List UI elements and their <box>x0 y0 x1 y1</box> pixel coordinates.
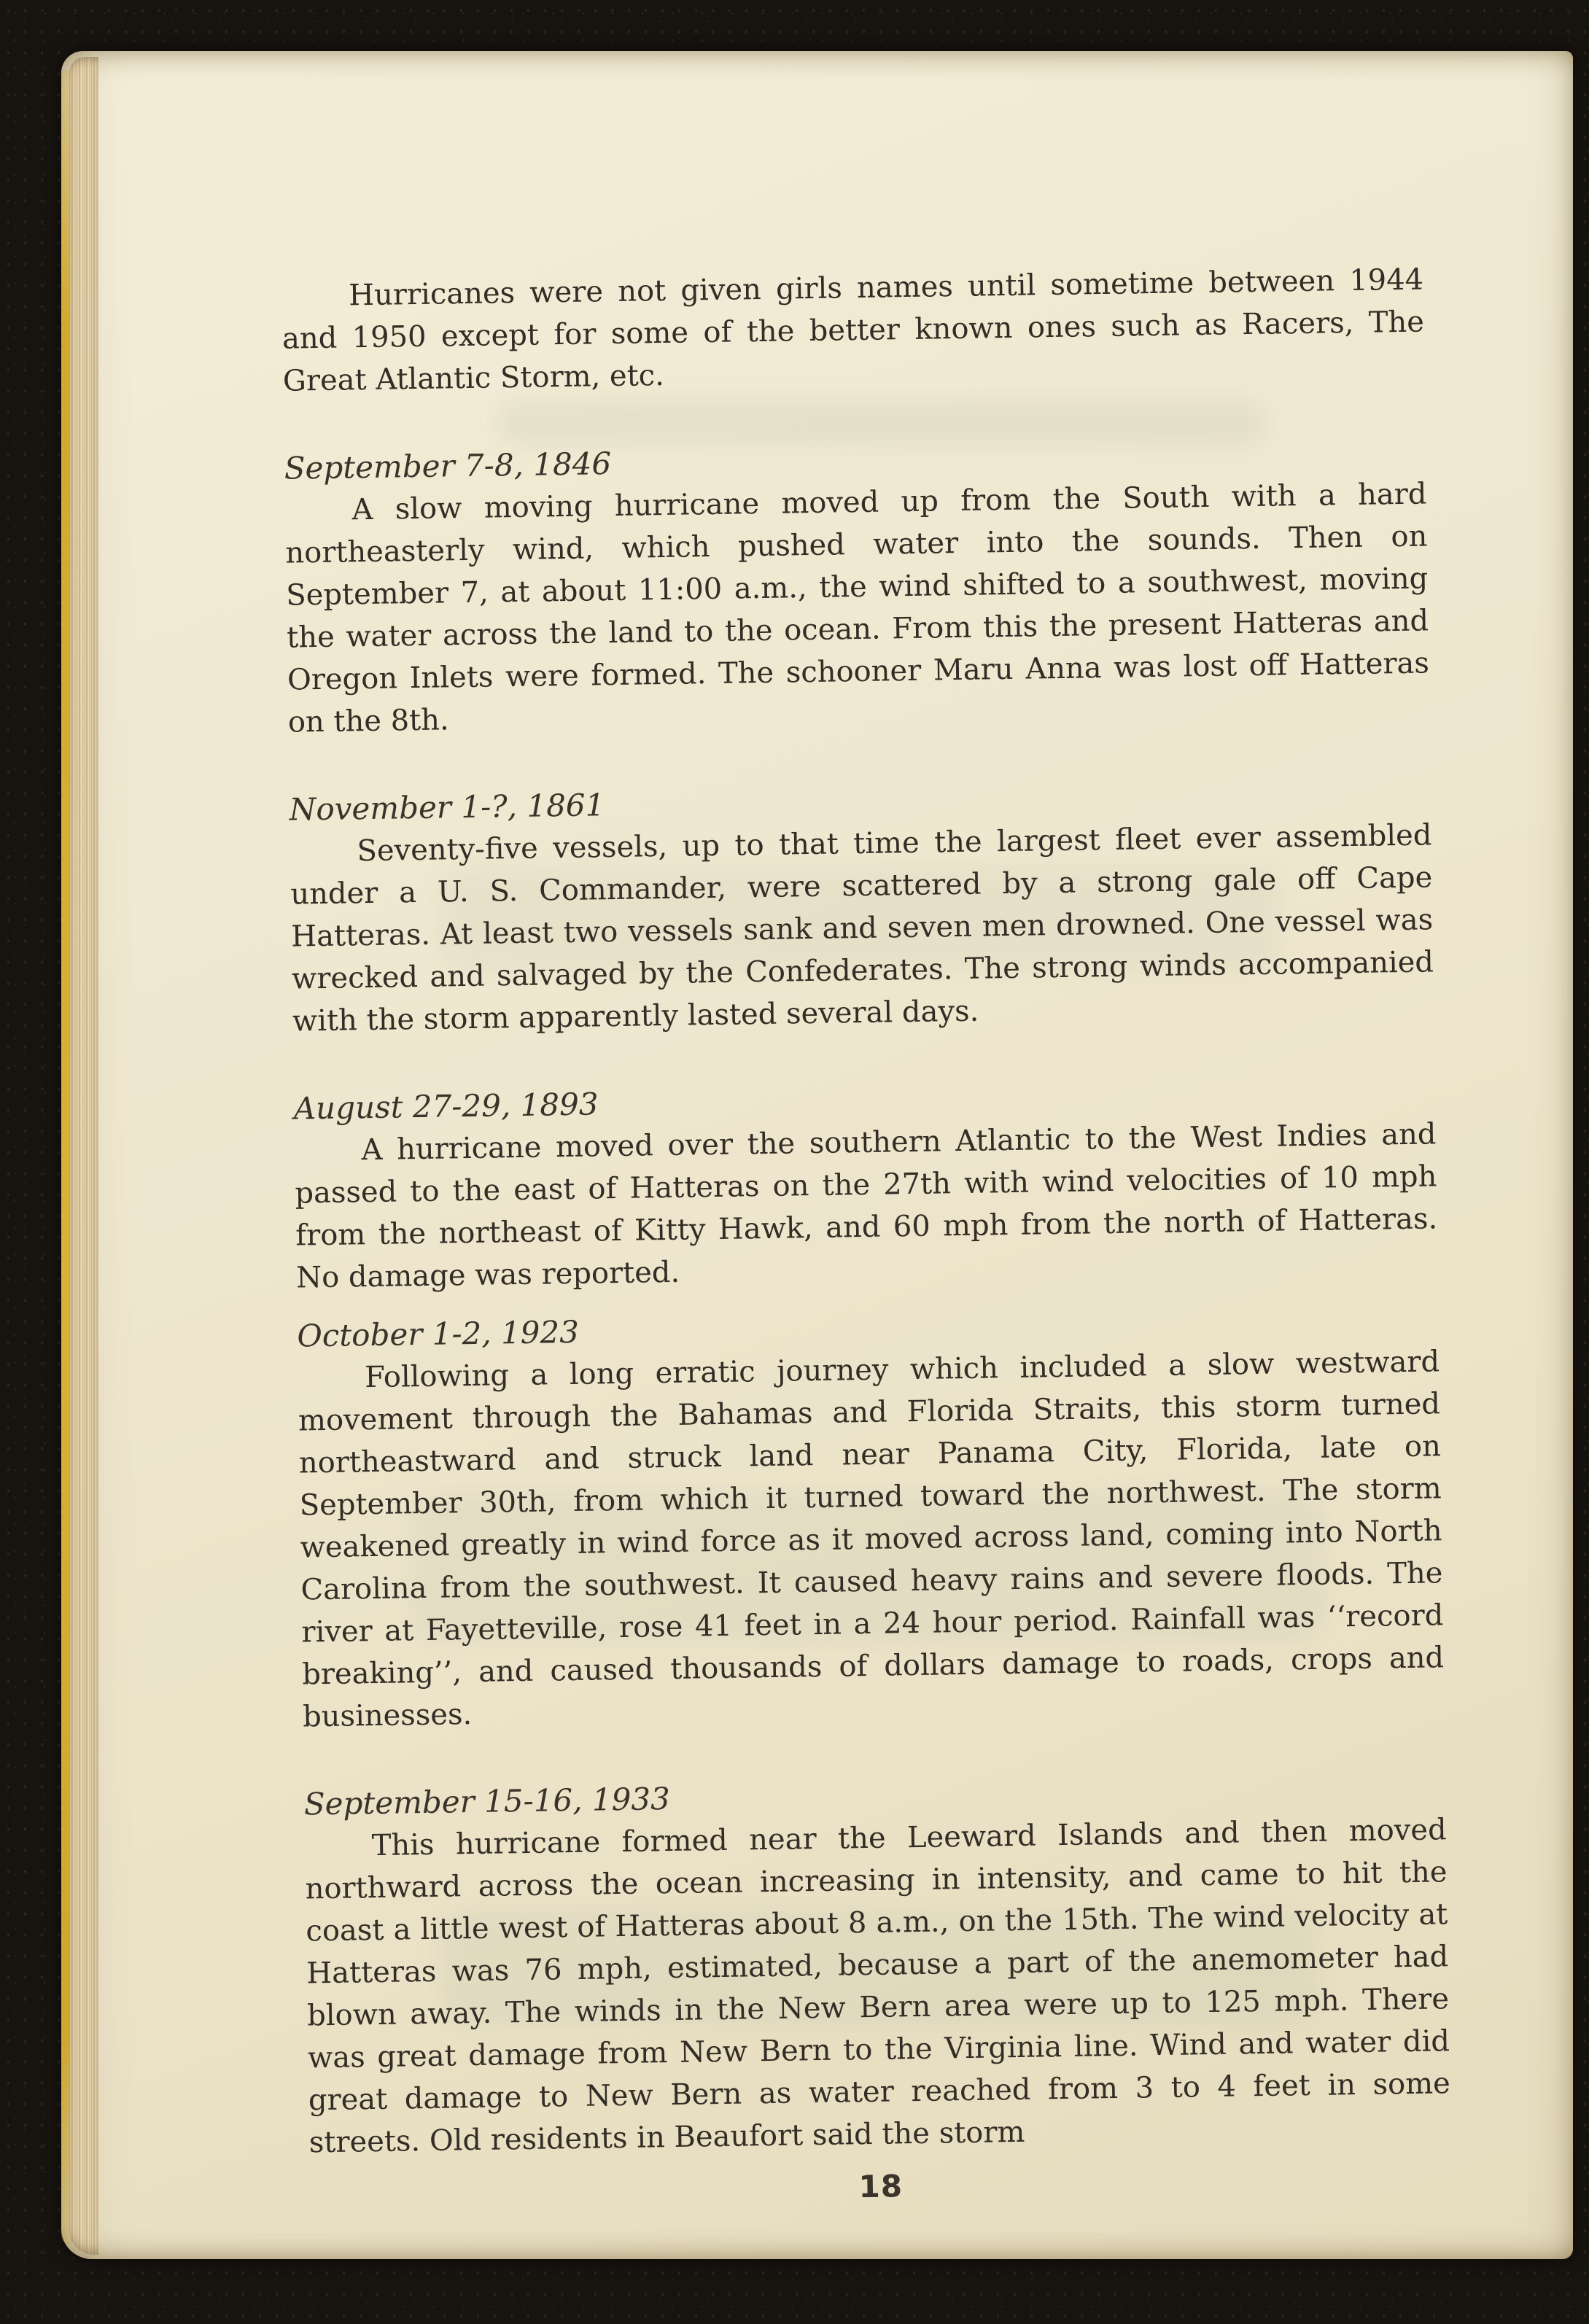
page-number: 18 <box>309 2157 1452 2216</box>
scan-backdrop: Hurricanes were not given girls names un… <box>0 0 1589 2324</box>
section-body-1893: A hurricane moved over the southern Atla… <box>294 1113 1438 1299</box>
section-body-1846: A slow moving hurricane moved up from th… <box>284 473 1430 743</box>
page-edge-stack <box>69 57 98 2255</box>
section-body-1861: Seventy-five vessels, up to that time th… <box>290 814 1434 1042</box>
intro-paragraph: Hurricanes were not given girls names un… <box>281 258 1425 402</box>
page-content: Hurricanes were not given girls names un… <box>278 43 1452 2217</box>
section-body-1923: Following a long erratic journey which i… <box>298 1340 1445 1738</box>
book-page: Hurricanes were not given girls names un… <box>61 51 1573 2259</box>
section-body-1933: This hurricane formed near the Leeward I… <box>304 1808 1451 2164</box>
